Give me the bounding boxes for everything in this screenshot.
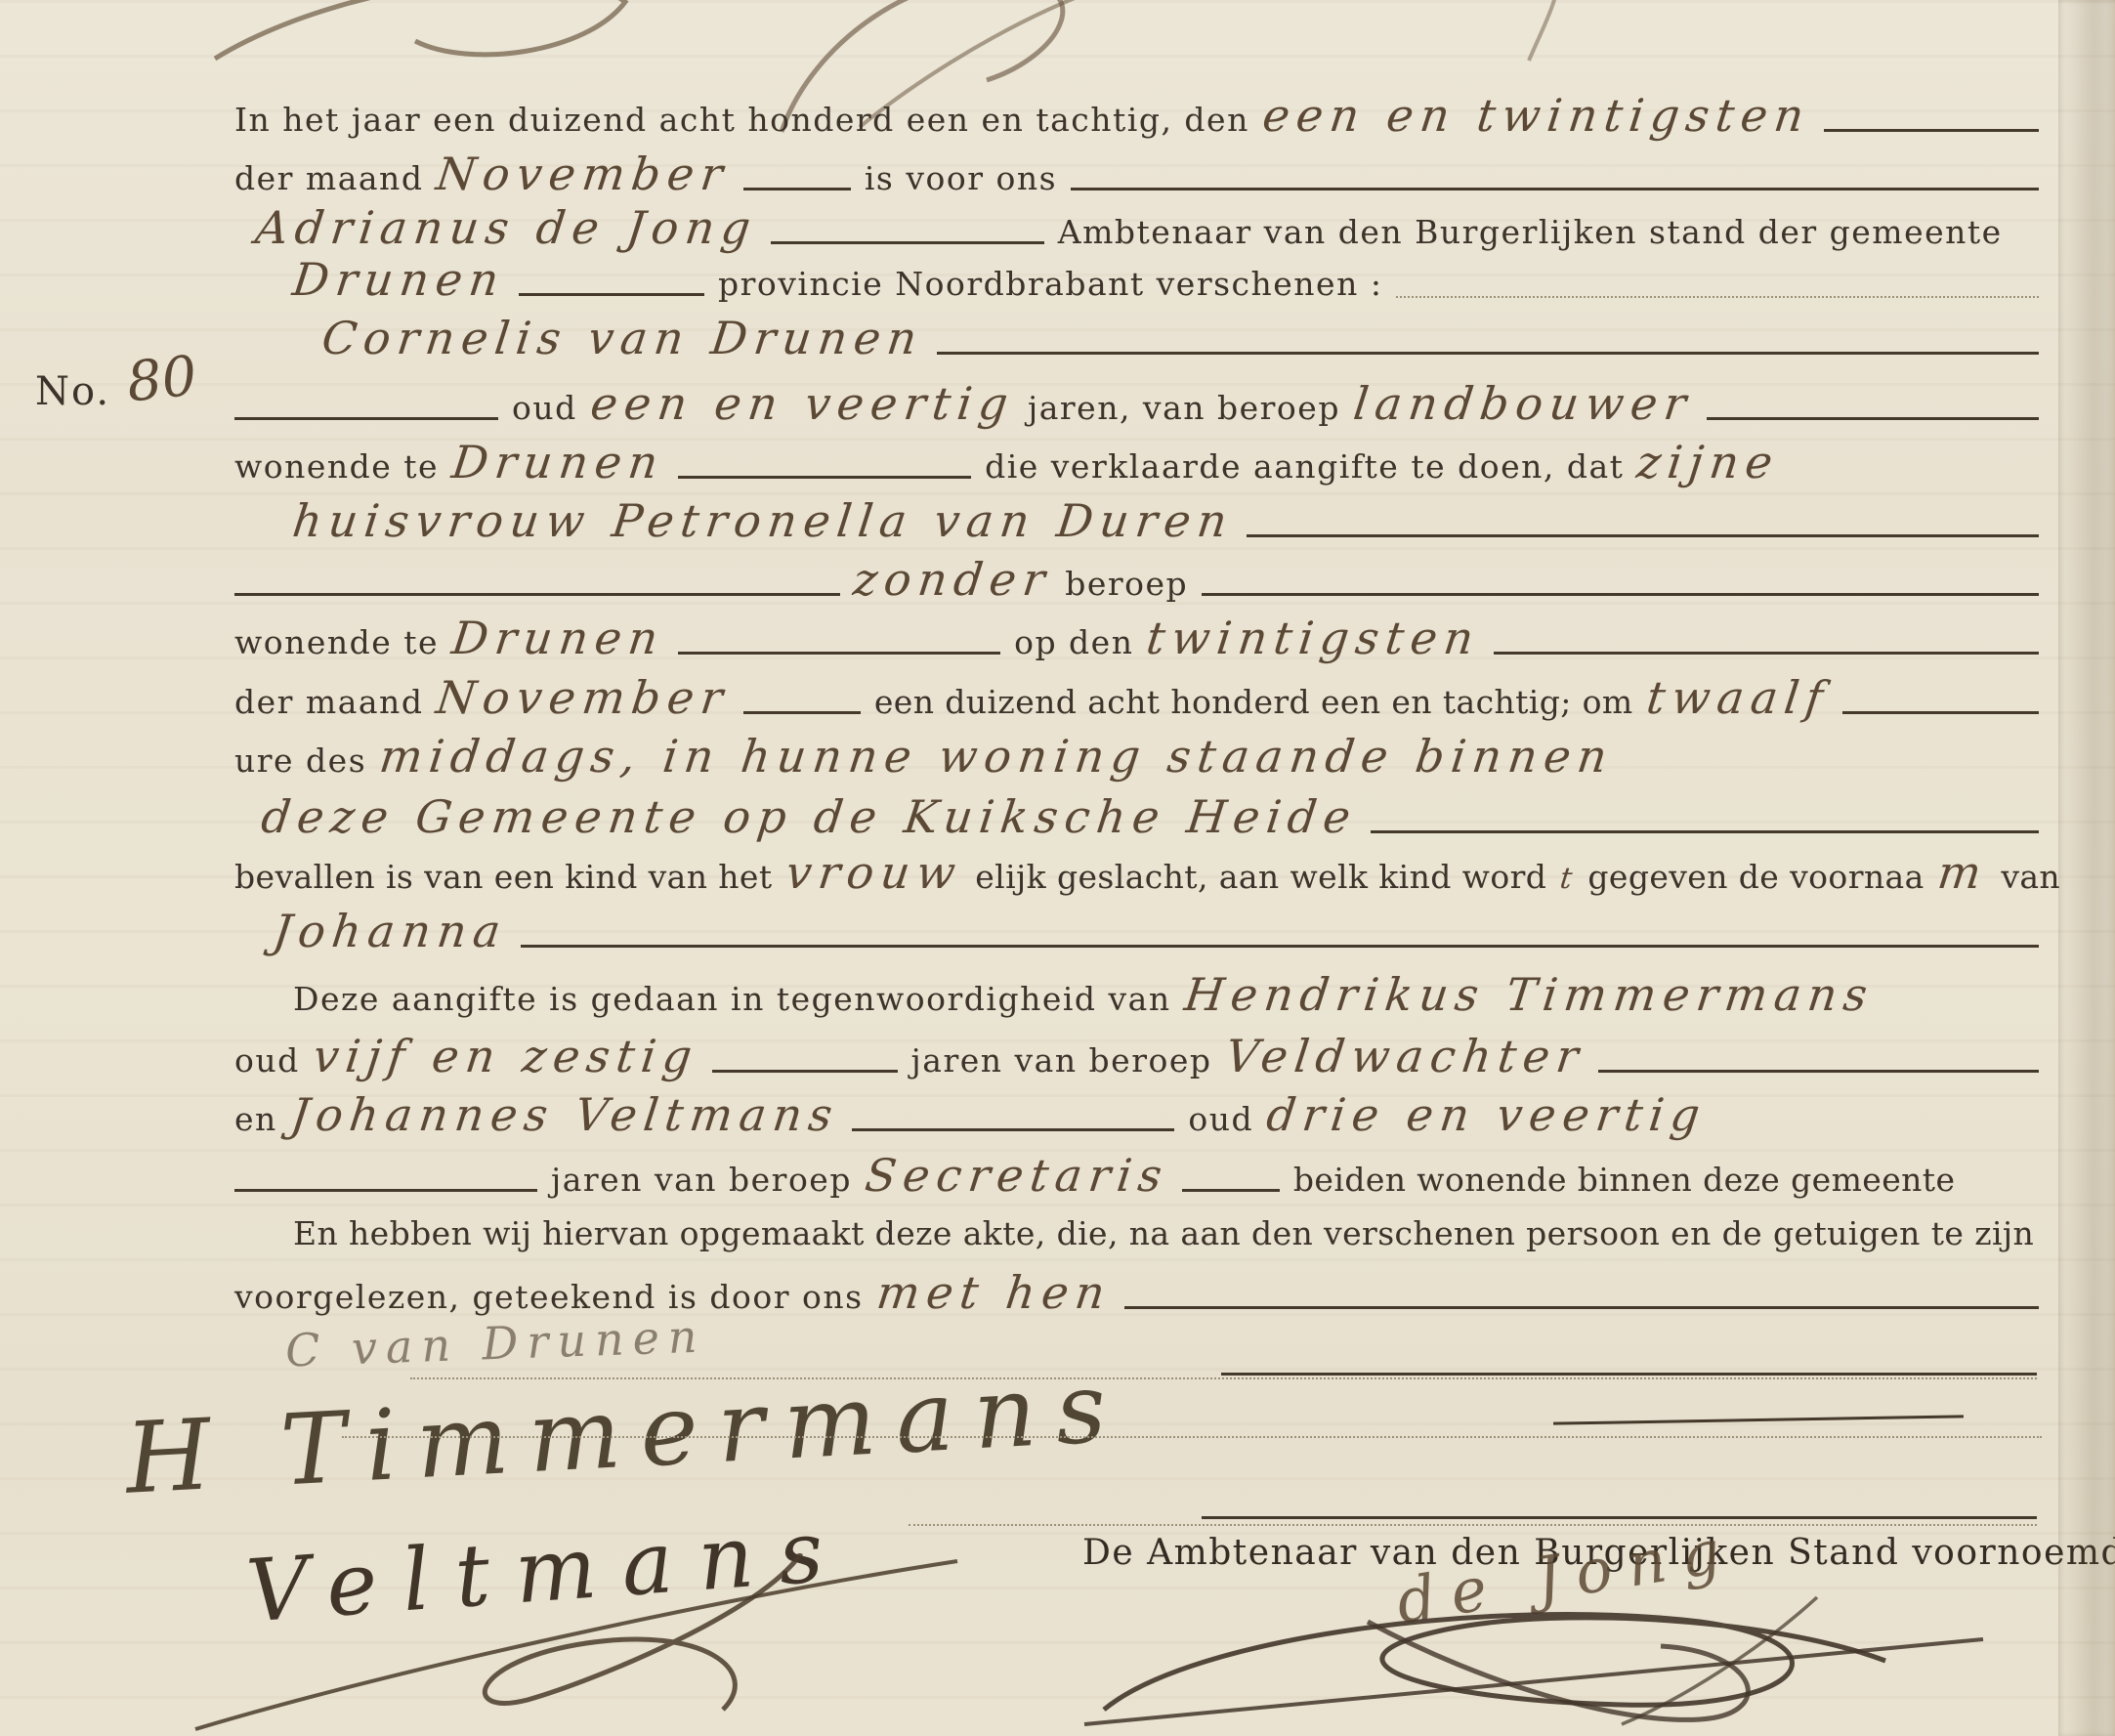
birth-record-page: No. 80 In het jaar een duizend acht hond… — [0, 0, 2115, 1736]
entry-voornaam-m: m — [1934, 841, 1991, 904]
line-declarant: Cornelis van Drunen — [322, 307, 2039, 369]
entry-witness2-occupation: Secretaris — [862, 1144, 1172, 1207]
hand-stroke — [234, 417, 498, 420]
form-dotted-line — [1396, 296, 2039, 298]
line-closing-1: En hebben wij hiervan opgemaakt deze akt… — [293, 1203, 2039, 1265]
entry-witness1-name: Hendrikus Timmermans — [1181, 963, 1878, 1026]
hand-stroke — [1182, 1189, 1280, 1192]
line-birth-month: der maand November een duizend acht hond… — [234, 666, 2039, 729]
entry-witness1-age: vijf en zestig — [310, 1025, 702, 1087]
signature-witness2: Veltmans — [243, 1500, 851, 1642]
hand-stroke — [1824, 129, 2039, 132]
line-witness1: Deze aangifte is gedaan in tegenwoordigh… — [293, 963, 2039, 1026]
hand-stroke — [1598, 1070, 2039, 1073]
hand-stroke — [1071, 188, 2039, 191]
signature-witness1: H Timmermans — [123, 1349, 1128, 1515]
entry-declarant-name: Cornelis van Drunen — [318, 307, 927, 369]
act-number-label: No. — [35, 369, 110, 414]
hand-stroke — [1371, 830, 2039, 833]
hand-stroke — [937, 352, 2039, 355]
hand-stroke — [1202, 593, 2039, 596]
line-birth-place: deze Gemeente op de Kuiksche Heide — [262, 785, 2039, 848]
entry-birth-place: deze Gemeente op de Kuiksche Heide — [258, 785, 1361, 848]
entry-met-hen: met hen — [873, 1261, 1115, 1324]
entry-declarant-age: een en veertig — [587, 372, 1018, 435]
entry-birth-month: November — [434, 666, 734, 729]
hand-stroke — [234, 593, 840, 596]
page-edge — [2058, 0, 2115, 1736]
hand-stroke — [1553, 1415, 1964, 1424]
form-on-the: op den — [1014, 612, 1133, 674]
hand-stroke — [771, 241, 1044, 244]
entry-day: een en twintigsten — [1259, 84, 1814, 147]
line-mother: huisvrouw Petronella van Duren — [293, 489, 2039, 552]
line-declarant-residence: wonende te Drunen die verklaarde aangift… — [234, 431, 2039, 493]
hand-stroke — [521, 945, 2039, 948]
hand-stroke — [852, 1128, 1174, 1131]
line-municipality: Drunen provincie Noordbrabant verschenen… — [293, 248, 2039, 311]
hand-stroke — [1494, 652, 2039, 655]
entry-time-location: middags, in hunne woning staande binnen — [376, 725, 1617, 787]
entry-witness1-occupation: Veldwachter — [1222, 1025, 1588, 1087]
hand-stroke — [743, 711, 861, 714]
hand-stroke — [678, 652, 1000, 655]
line-closing-2: voorgelezen, geteekend is door ons met h… — [234, 1261, 2039, 1324]
entry-zonder: zonder — [850, 548, 1055, 611]
line-mother-residence: wonende te Drunen op den twintigsten — [234, 607, 2039, 669]
form-closing-1: En hebben wij hiervan opgemaakt deze akt… — [293, 1203, 2034, 1265]
line-witness1-age: oud vijf en zestig jaren van beroep Veld… — [234, 1025, 2039, 1087]
act-number-value: 80 — [124, 344, 200, 414]
entry-witness2-name: Johannes Veltmans — [287, 1083, 842, 1146]
hand-stroke — [1221, 1373, 2037, 1376]
entry-gender: vrouw — [783, 841, 966, 904]
hand-stroke — [1842, 711, 2039, 714]
hand-stroke — [678, 476, 971, 479]
line-child-name: Johanna — [274, 900, 2039, 962]
entry-witness2-age: drie en veertig — [1263, 1083, 1710, 1146]
form-residing-at-2: wonende te — [234, 612, 439, 674]
line-witness2: en Johannes Veltmans oud drie en veertig — [234, 1083, 2039, 1146]
entry-declarant-occupation: landbouwer — [1350, 372, 1696, 435]
hand-stroke — [1124, 1306, 2039, 1309]
entry-mother-name: huisvrouw Petronella van Duren — [289, 489, 1237, 552]
entry-birth-hour: twaalf — [1643, 666, 1833, 729]
hand-stroke — [519, 293, 704, 296]
form-hour-of: ure des — [234, 730, 366, 792]
entry-municipality: Drunen — [289, 248, 509, 311]
form-and: en — [234, 1088, 277, 1151]
hand-stroke — [1202, 1516, 2037, 1519]
entry-birth-day: twintigsten — [1144, 607, 1485, 669]
form-witness-intro: Deze aangifte is gedaan in tegenwoordigh… — [293, 968, 1171, 1031]
hand-stroke — [1247, 534, 2039, 537]
line-year: In het jaar een duizend acht honderd een… — [234, 84, 2039, 147]
form-dotted-line — [342, 1436, 2042, 1438]
line-witness2-occupation: jaren van beroep Secretaris beiden wonen… — [234, 1144, 2039, 1207]
hand-stroke — [1707, 417, 2039, 420]
line-mother-occupation: zonder beroep — [234, 548, 2039, 611]
entry-his: zijne — [1633, 431, 1783, 493]
entry-mother-residence: Drunen — [448, 607, 668, 669]
line-declarant-age: oud een en veertig jaren, van beroep lan… — [234, 372, 2039, 435]
line-birth-time: ure des middags, in hunne woning staande… — [234, 725, 2039, 787]
line-child-gender: bevallen is van een kind van het vrouw e… — [234, 841, 2039, 904]
form-age-3: oud — [1188, 1088, 1253, 1151]
hand-stroke — [743, 188, 851, 191]
entry-declarant-residence: Drunen — [448, 431, 668, 493]
hand-stroke — [712, 1070, 898, 1073]
hand-stroke — [234, 1189, 537, 1192]
entry-child-name: Johanna — [270, 900, 511, 962]
official-flourish — [1075, 1592, 2052, 1736]
